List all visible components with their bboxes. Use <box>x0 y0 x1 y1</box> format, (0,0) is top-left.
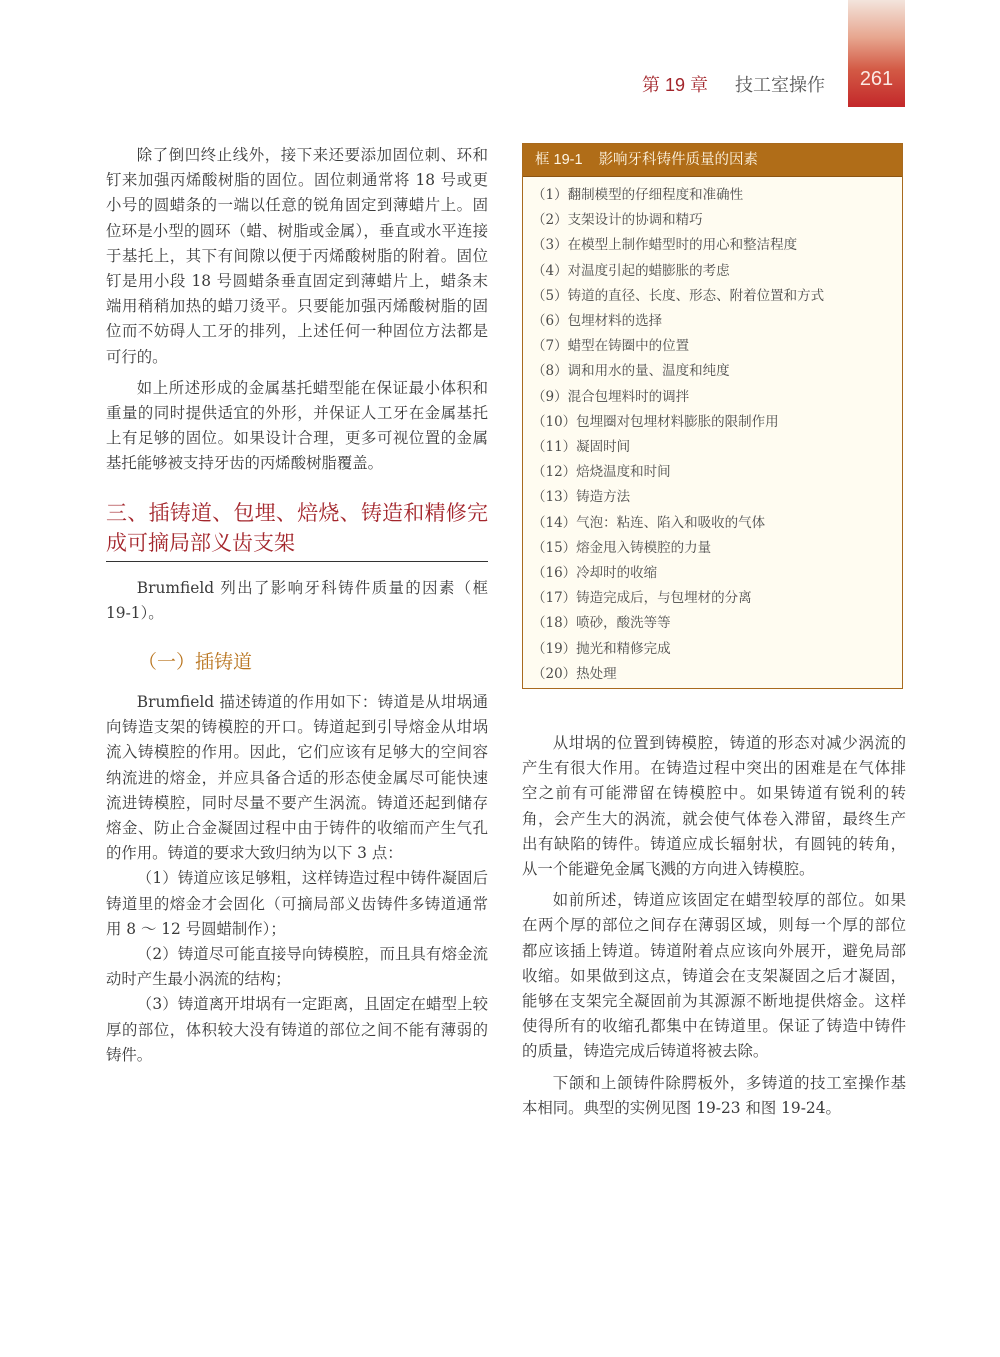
list-item: （3）在模型上制作蜡型时的用心和整洁程度 <box>532 233 902 258</box>
left-column: 除了倒凹终止线外，接下来还要添加固位刺、环和钉来加强丙烯酸树脂的固位。固位刺通常… <box>106 143 488 1068</box>
list-item: （17）铸造完成后，与包埋材的分离 <box>532 586 902 611</box>
list-item: （8）调和用水的量、温度和纯度 <box>532 359 902 384</box>
list-item: （10）包埋圈对包埋材料膨胀的限制作用 <box>532 410 902 435</box>
section-heading: 三、插铸道、包埋、焙烧、铸造和精修完成可摘局部义齿支架 <box>106 499 488 562</box>
paragraph-intro: Brumfield 列出了影响牙科铸件质量的因素（框 19-1）。 <box>106 576 488 626</box>
list-item: （4）对温度引起的蜡膨胀的考虑 <box>532 259 902 284</box>
list-item: （18）喷砂，酸洗等等 <box>532 611 902 636</box>
box-header: 框 19-1影响牙科铸件质量的因素 <box>523 144 902 177</box>
paragraph-requirement-2: （2）铸道尽可能直接导向铸模腔，而且具有熔金流动时产生最小涡流的结构； <box>106 942 488 992</box>
chapter-label: 第 19 章 <box>642 75 708 95</box>
box-id: 框 19-1 <box>535 152 583 168</box>
list-item: （7）蜡型在铸圈中的位置 <box>532 334 902 359</box>
chapter-title: 技工室操作 <box>735 75 825 95</box>
list-item: （2）支架设计的协调和精巧 <box>532 208 902 233</box>
subsection-heading: （一）插铸道 <box>138 650 488 676</box>
list-item: （19）抛光和精修完成 <box>532 637 902 662</box>
list-item: （6）包埋材料的选择 <box>532 309 902 334</box>
list-item: （9）混合包埋料时的调拌 <box>532 385 902 410</box>
paragraph-sprue-function: Brumfield 描述铸道的作用如下：铸道是从坩埚通向铸造支架的铸模腔的开口。… <box>106 690 488 866</box>
paragraph-metal-base: 如上所述形成的金属基托蜡型能在保证最小体积和重量的同时提供适宜的外形，并保证人工… <box>106 376 488 477</box>
list-item: （16）冷却时的收缩 <box>532 561 902 586</box>
paragraph-sprue-shape: 从坩埚的位置到铸模腔，铸道的形态对减少涡流的产生有很大作用。在铸造过程中突出的困… <box>522 731 906 882</box>
paragraph-requirement-1: （1）铸道应该足够粗，这样铸造过程中铸件凝固后铸道里的熔金才会固化（可摘局部义齿… <box>106 866 488 942</box>
list-item: （13）铸造方法 <box>532 485 902 510</box>
factor-box: 框 19-1影响牙科铸件质量的因素 （1）翻制模型的仔细程度和准确性 （2）支架… <box>522 143 903 689</box>
right-column: 从坩埚的位置到铸模腔，铸道的形态对减少涡流的产生有很大作用。在铸造过程中突出的困… <box>522 731 906 1121</box>
list-item: （20）热处理 <box>532 662 902 687</box>
paragraph-examples: 下颌和上颌铸件除腭板外，多铸道的技工室操作基本相同。典型的实例见图 19-23 … <box>522 1071 906 1121</box>
list-item: （5）铸道的直径、长度、形态、附着位置和方式 <box>532 284 902 309</box>
paragraph-retention: 除了倒凹终止线外，接下来还要添加固位刺、环和钉来加强丙烯酸树脂的固位。固位刺通常… <box>106 143 488 370</box>
factor-list: （1）翻制模型的仔细程度和准确性 （2）支架设计的协调和精巧 （3）在模型上制作… <box>523 177 902 687</box>
box-title: 影响牙科铸件质量的因素 <box>599 152 759 168</box>
list-item: （15）熔金甩入铸模腔的力量 <box>532 536 902 561</box>
list-item: （1）翻制模型的仔细程度和准确性 <box>532 183 902 208</box>
page-number: 261 <box>848 68 905 91</box>
list-item: （14）气泡：粘连、陷入和吸收的气体 <box>532 511 902 536</box>
list-item: （11）凝固时间 <box>532 435 902 460</box>
paragraph-requirement-3: （3）铸道离开坩埚有一定距离，且固定在蜡型上较厚的部位，体积较大没有铸道的部位之… <box>106 992 488 1068</box>
paragraph-sprue-attachment: 如前所述，铸道应该固定在蜡型较厚的部位。如果在两个厚的部位之间存在薄弱区域，则每… <box>522 888 906 1064</box>
list-item: （12）焙烧温度和时间 <box>532 460 902 485</box>
running-head: 第 19 章 技工室操作 <box>642 71 825 97</box>
